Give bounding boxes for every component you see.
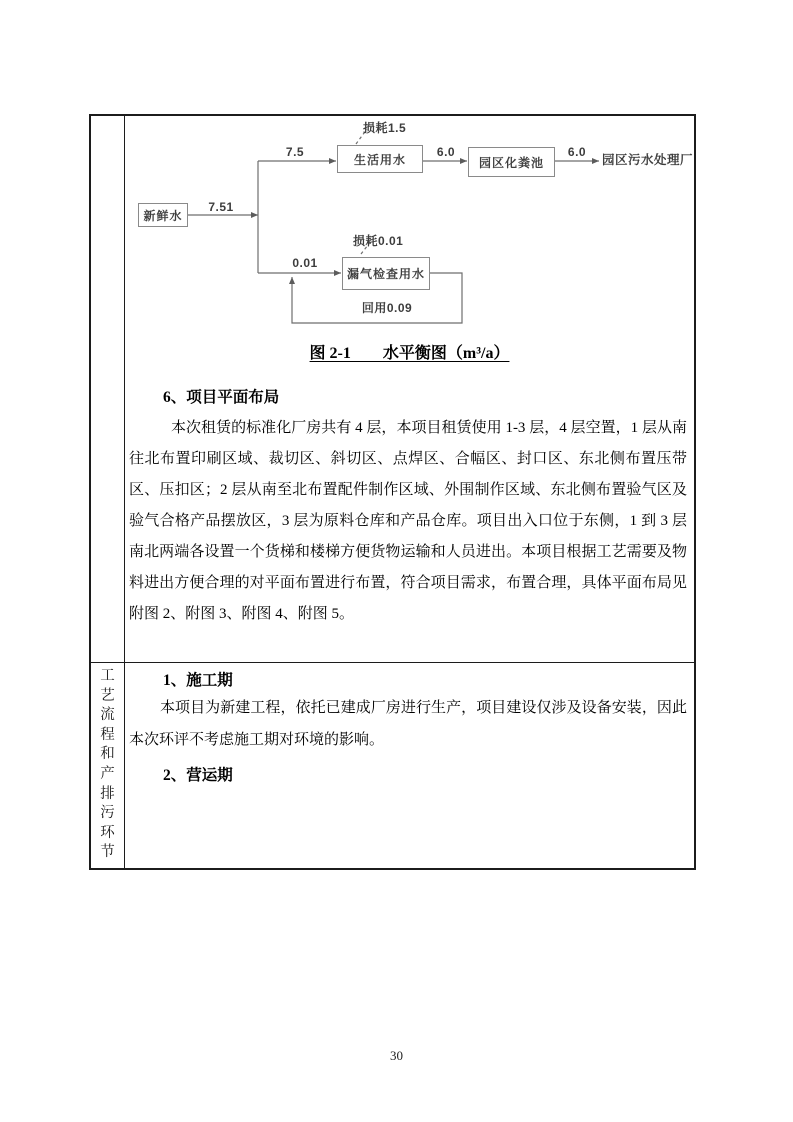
node-fresh-water-label: 新鲜水	[143, 207, 182, 224]
node-domestic-water-label: 生活用水	[354, 151, 406, 168]
figure-caption: 图 2-1 水平衡图（m³/a）	[125, 340, 694, 362]
table-row: 新鲜水 生活用水 园区化粪池 漏气检查用水 7.51 7.5 损耗1.5 6.0…	[91, 116, 694, 663]
report-table: 新鲜水 生活用水 园区化粪池 漏气检查用水 7.51 7.5 损耗1.5 6.0…	[89, 114, 696, 870]
section-heading-operation-period: 2、营运期	[163, 763, 694, 785]
process-flow-stub-label: 工 艺 流 程 和 产 排 污 环 节	[100, 663, 115, 863]
row1-stub-cell	[91, 116, 125, 662]
row2-content-cell: 1、施工期 本项目为新建工程，依托已建成厂房进行生产，项目建设仅涉及设备安装，因…	[125, 663, 694, 868]
flow-value-domestic-to-septic: 6.0	[416, 146, 476, 159]
node-septic-tank: 园区化粪池	[468, 147, 555, 177]
water-balance-diagram: 新鲜水 生活用水 园区化粪池 漏气检查用水 7.51 7.5 损耗1.5 6.0…	[125, 116, 694, 340]
node-leak-check-water: 漏气检查用水	[342, 257, 430, 290]
node-domestic-water: 生活用水	[337, 145, 423, 173]
plant-layout-paragraph: 本次租赁的标准化厂房共有 4 层，本项目租赁使用 1-3 层，4 层空置，1 层…	[129, 413, 687, 630]
section-heading-construction-period: 1、施工期	[163, 668, 694, 690]
node-sewage-plant-label: 园区污水处理厂	[602, 154, 693, 167]
table-row: 工 艺 流 程 和 产 排 污 环 节 1、施工期 本项目为新建工程，依托已建成…	[91, 663, 694, 868]
node-septic-tank-label: 园区化粪池	[479, 154, 544, 171]
row2-stub-cell: 工 艺 流 程 和 产 排 污 环 节	[91, 663, 125, 868]
node-fresh-water: 新鲜水	[138, 203, 188, 227]
flow-label-reuse: 回用0.09	[347, 302, 427, 315]
section-heading-plant-layout: 6、项目平面布局	[163, 385, 694, 407]
flow-label-leak-loss: 损耗0.01	[353, 235, 403, 248]
node-leak-check-water-label: 漏气检查用水	[347, 265, 425, 282]
flow-label-domestic-loss: 损耗1.5	[363, 122, 406, 135]
flow-value-to-leak-check: 0.01	[275, 257, 335, 270]
flow-value-septic-to-plant: 6.0	[547, 146, 607, 159]
construction-period-paragraph: 本项目为新建工程，依托已建成厂房进行生产，项目建设仅涉及设备安装，因此本次环评不…	[129, 692, 687, 756]
page-number: 30	[0, 1048, 793, 1064]
flow-value-to-domestic: 7.5	[265, 146, 325, 159]
flow-value-fresh-total: 7.51	[191, 201, 251, 214]
row1-content-cell: 新鲜水 生活用水 园区化粪池 漏气检查用水 7.51 7.5 损耗1.5 6.0…	[125, 116, 694, 662]
